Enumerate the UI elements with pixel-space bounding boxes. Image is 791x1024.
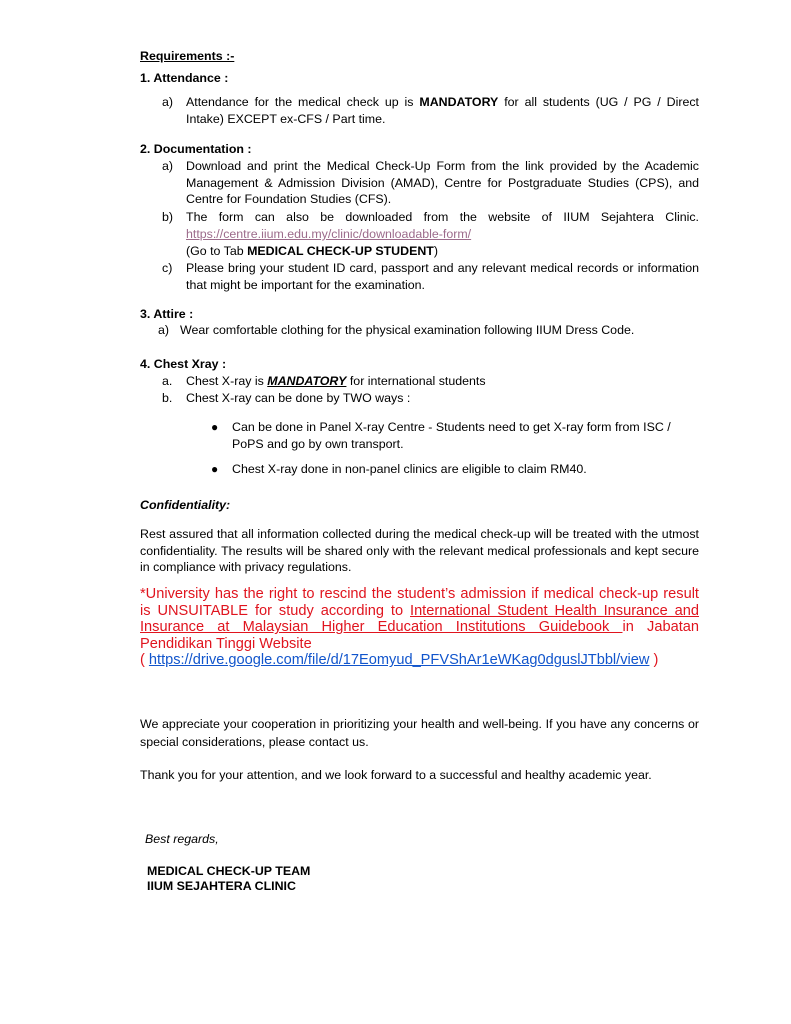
list-marker: a)	[162, 94, 173, 111]
signature-greeting: Best regards,	[145, 831, 704, 847]
requirements-heading: Requirements :-	[140, 48, 699, 64]
confidentiality-title: Confidentiality:	[140, 497, 699, 513]
section-chest-xray-title: 4. Chest Xray :	[140, 356, 699, 372]
clinic-form-link[interactable]: https://centre.iium.edu.my/clinic/downlo…	[186, 226, 699, 243]
list-marker: a)	[162, 158, 173, 175]
documentation-item-text: The form can also be downloaded from the…	[186, 209, 699, 226]
section-documentation-title: 2. Documentation :	[140, 141, 699, 157]
list-marker: b.	[162, 390, 172, 407]
mandatory-emphasis: MANDATORY	[267, 374, 346, 388]
thanks-text: Thank you for your attention, and we loo…	[140, 767, 699, 784]
list-marker: b)	[162, 209, 173, 226]
attire-item-text: Wear comfortable clothing for the physic…	[180, 322, 699, 339]
confidentiality-text: Rest assured that all information collec…	[140, 526, 699, 576]
tab-name: MEDICAL CHECK-UP STUDENT	[247, 244, 434, 258]
chest-xray-item-text: Chest X-ray can be done by TWO ways :	[186, 390, 699, 407]
xray-option-text: Can be done in Panel X-ray Centre - Stud…	[232, 419, 699, 452]
bullet-icon: ●	[211, 419, 218, 436]
documentation-item-text: Download and print the Medical Check-Up …	[186, 158, 699, 208]
signature-org: IIUM SEJAHTERA CLINIC	[147, 878, 706, 894]
section-attire-title: 3. Attire :	[140, 306, 699, 322]
mandatory-emphasis: MANDATORY	[419, 95, 498, 109]
list-marker: a.	[162, 373, 172, 390]
attendance-item-text: Attendance for the medical check up is M…	[186, 94, 699, 127]
list-marker: c)	[162, 260, 172, 277]
documentation-item-text: Please bring your student ID card, passp…	[186, 260, 699, 293]
list-marker: a)	[158, 322, 169, 339]
signature-team: MEDICAL CHECK-UP TEAM	[147, 863, 706, 879]
admission-notice: *University has the right to rescind the…	[140, 586, 699, 669]
chest-xray-item-text: Chest X-ray is MANDATORY for internation…	[186, 373, 699, 390]
bullet-icon: ●	[211, 461, 218, 478]
tab-instruction: (Go to Tab MEDICAL CHECK-UP STUDENT)	[186, 243, 699, 260]
appreciation-text: We appreciate your cooperation in priori…	[140, 716, 699, 751]
guidebook-drive-link[interactable]: https://drive.google.com/file/d/17Eomyud…	[149, 652, 650, 668]
section-attendance-title: 1. Attendance :	[140, 70, 699, 86]
xray-option-text: Chest X-ray done in non-panel clinics ar…	[232, 461, 699, 478]
